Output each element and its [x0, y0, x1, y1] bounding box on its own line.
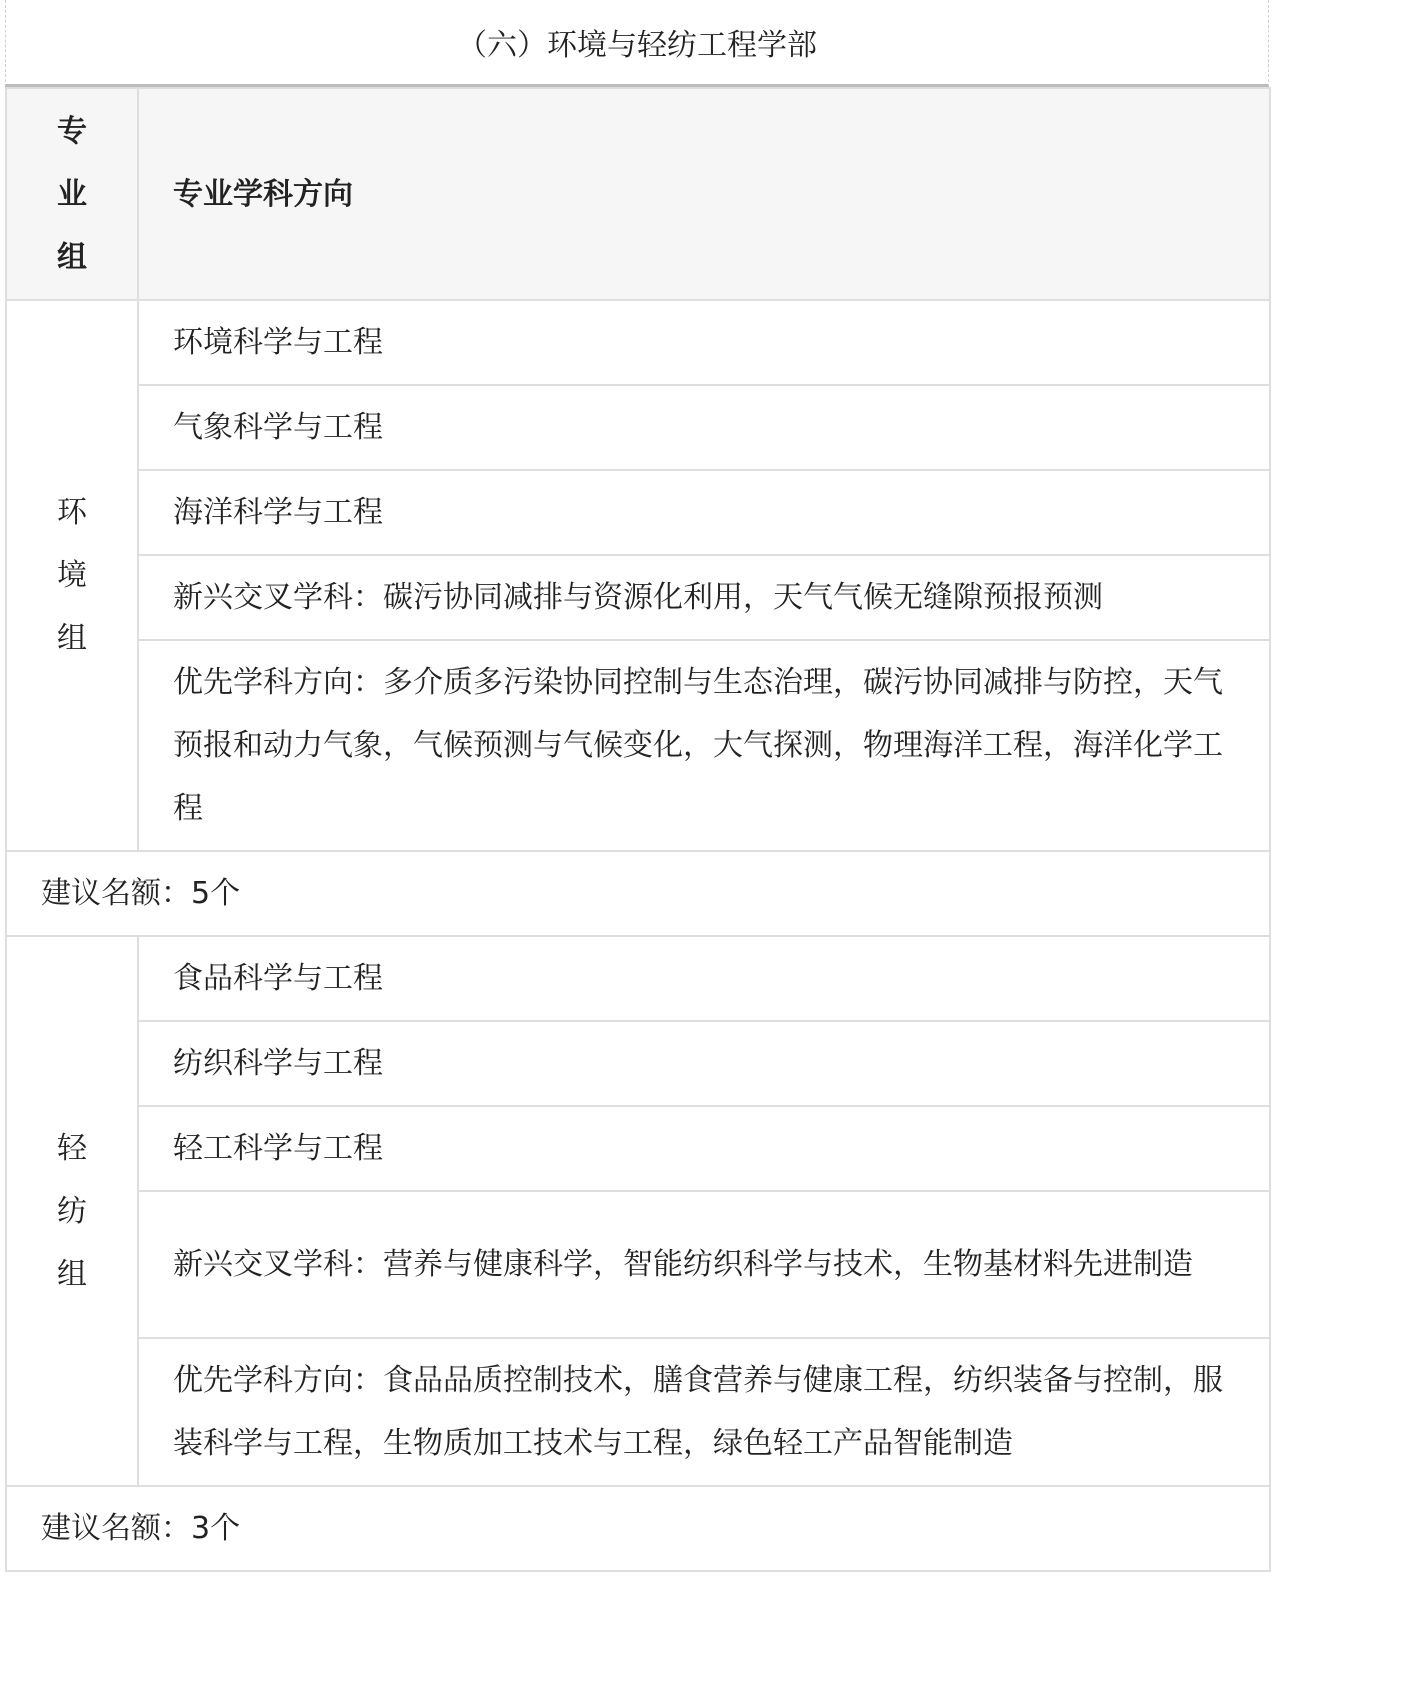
section-title: （六）环境与轻纺工程学部	[5, 0, 1269, 87]
direction-item-emerging: 新兴交叉学科：营养与健康科学，智能纺织科学与技术，生物基材料先进制造	[138, 1191, 1270, 1338]
group-cell-light-textile: 轻纺组	[6, 936, 138, 1486]
header-direction-column: 专业学科方向	[138, 88, 1270, 300]
table-row: 轻工科学与工程	[6, 1106, 1270, 1191]
table-row: 新兴交叉学科：碳污协同减排与资源化利用，天气气候无缝隙预报预测	[6, 555, 1270, 640]
table-row: 优先学科方向：食品品质控制技术，膳食营养与健康工程，纺织装备与控制，服装科学与工…	[6, 1338, 1270, 1486]
document-page: （六）环境与轻纺工程学部 专业组 专业学科方向 环境组 环境科学与工程 气象科学…	[5, 0, 1269, 1572]
group-cell-environment: 环境组	[6, 300, 138, 851]
direction-item: 轻工科学与工程	[138, 1106, 1270, 1191]
direction-item-emerging: 新兴交叉学科：碳污协同减排与资源化利用，天气气候无缝隙预报预测	[138, 555, 1270, 640]
table-row: 气象科学与工程	[6, 385, 1270, 470]
direction-item: 海洋科学与工程	[138, 470, 1270, 555]
table-row: 环境组 环境科学与工程	[6, 300, 1270, 385]
quota-row: 建议名额：3个	[6, 1486, 1270, 1571]
group-name: 轻纺组	[56, 1117, 88, 1306]
table-header-row: 专业组 专业学科方向	[6, 88, 1270, 300]
quota-environment: 建议名额：5个	[6, 851, 1270, 936]
discipline-table: 专业组 专业学科方向 环境组 环境科学与工程 气象科学与工程 海洋科学与工程 新…	[5, 87, 1271, 1572]
direction-item: 纺织科学与工程	[138, 1021, 1270, 1106]
quota-light-textile: 建议名额：3个	[6, 1486, 1270, 1571]
direction-item-priority: 优先学科方向：食品品质控制技术，膳食营养与健康工程，纺织装备与控制，服装科学与工…	[138, 1338, 1270, 1486]
table-row: 纺织科学与工程	[6, 1021, 1270, 1106]
direction-item: 环境科学与工程	[138, 300, 1270, 385]
direction-item: 气象科学与工程	[138, 385, 1270, 470]
quota-row: 建议名额：5个	[6, 851, 1270, 936]
direction-item-priority: 优先学科方向：多介质多污染协同控制与生态治理，碳污协同减排与防控，天气预报和动力…	[138, 640, 1270, 851]
header-group-column: 专业组	[6, 88, 138, 300]
direction-item: 食品科学与工程	[138, 936, 1270, 1021]
section-title-text: （六）环境与轻纺工程学部	[457, 20, 817, 64]
table-row: 优先学科方向：多介质多污染协同控制与生态治理，碳污协同减排与防控，天气预报和动力…	[6, 640, 1270, 851]
group-name: 环境组	[56, 481, 88, 670]
header-group-label: 专业组	[56, 100, 88, 289]
table-row: 海洋科学与工程	[6, 470, 1270, 555]
table-row: 轻纺组 食品科学与工程	[6, 936, 1270, 1021]
table-row: 新兴交叉学科：营养与健康科学，智能纺织科学与技术，生物基材料先进制造	[6, 1191, 1270, 1338]
